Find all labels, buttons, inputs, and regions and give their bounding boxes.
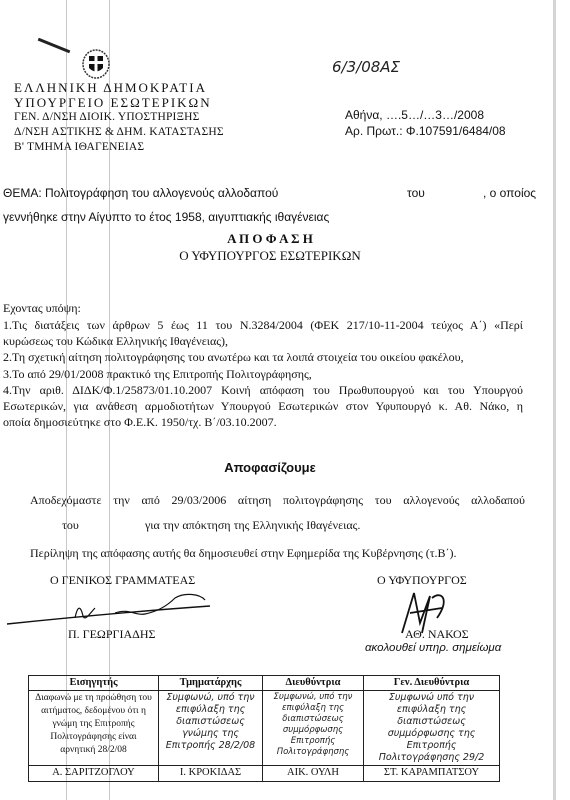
name-director: ΑΙΚ. ΟΥΛΗ — [263, 766, 364, 782]
org-line-ministry: ΥΠΟΥΡΓΕΙΟ ΕΣΩΤΕΡΙΚΩΝ — [14, 95, 224, 110]
comment-rapporteur-text: Διαφωνώ με τη προώθηση του αιτήματος, δε… — [35, 693, 152, 755]
subject-line-2: γεννήθηκε στην Αίγυπτο το έτος 1958, αιγ… — [3, 209, 329, 225]
handwritten-reference: 6/3/08ΑΣ — [332, 58, 400, 76]
considering-item-4-line-2: Εσωτερικών, για ανάθεση αρμοδιοτήτων Υπο… — [3, 398, 523, 414]
considering-item-3: 3.Το από 29/01/2008 πρακτικό της Επιτροπ… — [3, 366, 312, 382]
comment-rapporteur: Διαφωνώ με τη προώθηση του αιτήματος, δε… — [29, 691, 159, 766]
comment-director: Συμφωνώ, υπό την επιφύλαξη της διαπιστώσ… — [263, 691, 364, 766]
subject-right: , ο οποίος — [483, 185, 536, 201]
subject-label: ΘΕΜΑ: Πολιτογράφηση του αλλογενούς αλλοδ… — [3, 186, 278, 200]
header-rapporteur: Εισηγητής — [29, 676, 159, 691]
decision-heading: Αποφασίζουμε — [0, 460, 540, 475]
review-table-comments: Διαφωνώ με τη προώθηση του αιτήματος, δε… — [29, 691, 500, 766]
subject-mid: του — [407, 185, 425, 201]
right-signature-title: Ο ΥΦΥΠΟΥΡΓΟΣ — [377, 573, 467, 588]
right-signatory-note: ακολουθεί υπηρ. σημείωμα — [365, 642, 501, 654]
right-signatory-name: ΑΘ. ΝΑΚΟΣ — [405, 627, 469, 642]
org-header: ΕΛΛΗΝΙΚΗ ΔΗΜΟΚΡΑΤΙΑ ΥΠΟΥΡΓΕΙΟ ΕΣΩΤΕΡΙΚΩΝ… — [14, 80, 224, 155]
considering-item-4-line-3: οποία δημοσιεύτηκε στο Φ.Ε.Κ. 1950/τχ. Β… — [3, 414, 277, 430]
review-table-names: Α. ΣΑΡΙΤΖΟΓΛΟΥ Ι. ΚΡΟΚΙΔΑΣ ΑΙΚ. ΟΥΛΗ ΣΤ.… — [29, 766, 500, 782]
header-general-director: Γεν. Διευθύντρια — [364, 676, 500, 691]
review-table-header: Εισηγητής Τμηματάρχης Διευθύντρια Γεν. Δ… — [29, 676, 500, 691]
header-section-head: Τμηματάρχης — [159, 676, 263, 691]
considering-intro: Εχοντας υπόψη: — [3, 300, 81, 316]
left-signature-scribble — [5, 588, 215, 628]
considering-item-2: 2.Τη σχετική αίτηση πολιτογράφησης του α… — [3, 349, 464, 365]
org-line-republic: ΕΛΛΗΝΙΚΗ ΔΗΜΟΚΡΑΤΙΑ — [14, 80, 224, 95]
date-line: Αθήνα, ….5…/…3…/2008 — [345, 107, 506, 123]
org-line-directorate: Δ/ΝΣΗ ΑΣΤΙΚΗΣ & ΔΗΜ. ΚΑΤΑΣΤΑΣΗΣ — [14, 125, 224, 140]
subject-line-1: ΘΕΜΑ: Πολιτογράφηση του αλλογενούς αλλοδ… — [3, 185, 543, 201]
comment-section-head: Συμφωνώ, υπό την επιφύλαξη της διαπιστώσ… — [159, 691, 263, 766]
name-general-director: ΣΤ. ΚΑΡΑΜΠΑΤΣΟΥ — [364, 766, 500, 782]
authority-title: Ο ΥΦΥΠΟΥΡΓΟΣ ΕΣΩΤΕΡΙΚΩΝ — [0, 248, 540, 264]
org-line-gen-directorate: ΓΕΝ. Δ/ΝΣΗ ΔΙΟΙΚ. ΥΠΟΣΤΗΡΙΞΗΣ — [14, 110, 224, 125]
considering-item-1-line-2: κυρώσεως του Κώδικα Ελληνικής Ιθαγένειας… — [3, 333, 228, 349]
left-signatory-name: Π. ΓΕΩΡΓΙΑΔΗΣ — [68, 627, 156, 642]
decision-paragraph-line-2a: του — [62, 517, 79, 533]
greek-emblem-icon — [82, 49, 110, 79]
decision-paragraph-line-2b: για την απόκτηση της Ελληνικής Ιθαγένεια… — [145, 517, 360, 533]
comment-general-director: Συμφωνώ υπό την επιφύλαξη της διαπιστώσε… — [364, 691, 500, 766]
publication-note: Περίληψη της απόφασης αυτής θα δημοσιευθ… — [30, 545, 457, 561]
decision-title: Α Π Ο Φ Α Σ Η — [0, 231, 540, 247]
left-signature-title: Ο ΓΕΝΙΚΟΣ ΓΡΑΜΜΑΤΕΑΣ — [50, 573, 195, 588]
protocol-number: Αρ. Πρωτ.: Φ.107591/6484/08 — [345, 123, 506, 139]
review-table: Εισηγητής Τμηματάρχης Διευθύντρια Γεν. Δ… — [28, 675, 500, 782]
name-section-head: Ι. ΚΡΟΚΙΔΑΣ — [159, 766, 263, 782]
considering-item-1-line-1: 1.Τις διατάξεις των άρθρων 5 έως 11 του … — [3, 317, 523, 333]
date-protocol-block: Αθήνα, ….5…/…3…/2008 Αρ. Πρωτ.: Φ.107591… — [345, 107, 506, 139]
org-line-department: Β' ΤΜΗΜΑ ΙΘΑΓΕΝΕΙΑΣ — [14, 140, 224, 155]
page-edge — [553, 0, 556, 800]
decision-paragraph-line-1: Αποδεχόμαστε την από 29/03/2006 αίτηση π… — [30, 492, 525, 508]
considering-item-4-line-1: 4.Την αριθ. ΔΙΔΚ/Φ.1/25873/01.10.2007 Κο… — [3, 382, 523, 398]
header-director: Διευθύντρια — [263, 676, 364, 691]
name-rapporteur: Α. ΣΑΡΙΤΖΟΓΛΟΥ — [29, 766, 159, 782]
